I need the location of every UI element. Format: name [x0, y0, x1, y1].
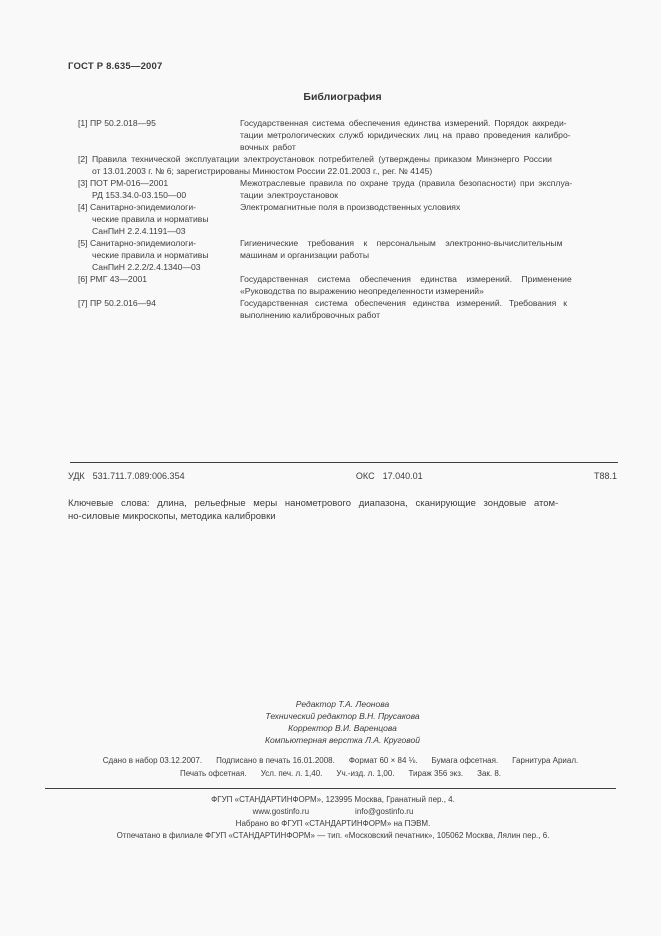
entry-description: Государственная система обеспечения един…	[240, 117, 617, 153]
staff-block: Редактор Т.А. Леонова Технический редакт…	[68, 698, 617, 746]
print-info-line2: Печать офсетная. Усл. печ. л. 1,40. Уч.-…	[40, 767, 641, 780]
entry-description: Государственная система обеспечения един…	[240, 297, 617, 321]
print-info-segment: Сдано в набор 03.12.2007.	[103, 754, 202, 767]
print-info-block: Сдано в набор 03.12.2007. Подписано в пе…	[40, 754, 641, 780]
bibliography-entry: [5] Санитарно-эпидемиологи- ческие прави…	[78, 237, 617, 273]
oks-group: ОКС 17.040.01	[356, 471, 423, 481]
bibliography-title: Библиография	[68, 91, 617, 103]
entry-ref: [6] РМГ 43—2001	[78, 273, 240, 285]
print-info-segment: Бумага офсетная.	[432, 754, 499, 767]
entry-ref: [4] Санитарно-эпидемиологи- ческие прави…	[78, 201, 240, 237]
printing-note: Отпечатано в филиале ФГУП «СТАНДАРТИНФОР…	[20, 830, 646, 842]
print-info-segment: Подписано в печать 16.01.2008.	[216, 754, 335, 767]
typesetting-note: Набрано во ФГУП «СТАНДАРТИНФОРМ» на ПЭВМ…	[20, 818, 646, 830]
print-info-segment: Уч.-изд. л. 1,00.	[336, 767, 394, 780]
oks-value: 17.040.01	[383, 471, 423, 481]
proofreader-line: Корректор В.И. Варенцова	[68, 722, 617, 734]
t-index: Т88.1	[594, 471, 617, 481]
editor-line: Редактор Т.А. Леонова	[68, 698, 617, 710]
udk-value: 531.711.7.089:006.354	[93, 471, 185, 481]
doc-code: ГОСТ Р 8.635—2007	[68, 61, 163, 72]
print-info-line1: Сдано в набор 03.12.2007. Подписано в пе…	[40, 754, 641, 767]
entry-ref: [1] ПР 50.2.018—95	[78, 117, 240, 129]
print-info-segment: Формат 60 × 84 ⅛.	[349, 754, 418, 767]
document-page: ГОСТ Р 8.635—2007 Библиография [1] ПР 50…	[0, 0, 661, 936]
entry-description: Гигиенические требования к персональным …	[240, 237, 617, 261]
bibliography-entry: [7] ПР 50.2.016—94 Государственная систе…	[78, 297, 617, 321]
layout-line: Компьютерная верстка Л.А. Круговой	[68, 734, 617, 746]
entry-description: Электромагнитные поля в производственных…	[240, 201, 617, 213]
bibliography-entry: [4] Санитарно-эпидемиологи- ческие прави…	[78, 201, 617, 237]
bibliography-entry: [3] ПОТ РМ-016—2001 РД 153.34.0-03.150—0…	[78, 177, 617, 201]
print-info-segment: Печать офсетная.	[180, 767, 247, 780]
print-info-segment: Зак. 8.	[477, 767, 501, 780]
publisher-contacts: www.gostinfo.ru info@gostinfo.ru	[20, 806, 646, 818]
entry-ref: [7] ПР 50.2.016—94	[78, 297, 240, 309]
print-info-segment: Тираж 356 экз.	[409, 767, 464, 780]
print-info-segment: Усл. печ. л. 1,40.	[261, 767, 323, 780]
bibliography-entry: [1] ПР 50.2.018—95 Государственная систе…	[78, 117, 617, 153]
entry-description: Межотраслевые правила по охране труда (п…	[240, 177, 617, 201]
tech-editor-line: Технический редактор В.Н. Прусакова	[68, 710, 617, 722]
entry-ref: [5] Санитарно-эпидемиологи- ческие прави…	[78, 237, 240, 273]
classification-separator-line	[70, 462, 618, 463]
bibliography-entry: [2] Правила технической эксплуатации эле…	[78, 153, 617, 177]
entry-ref: [3] ПОТ РМ-016—2001 РД 153.34.0-03.150—0…	[78, 177, 240, 201]
publisher-website: www.gostinfo.ru	[253, 806, 309, 818]
bibliography-entry: [6] РМГ 43—2001 Государственная система …	[78, 273, 617, 297]
bibliography-list: [1] ПР 50.2.018—95 Государственная систе…	[78, 117, 617, 321]
keywords: Ключевые слова: длина, рельефные меры на…	[68, 498, 619, 523]
udk-label: УДК	[68, 471, 85, 481]
print-info-segment: Гарнитура Ариал.	[512, 754, 578, 767]
publisher-email: info@gostinfo.ru	[355, 806, 413, 818]
publisher-separator-line	[45, 788, 616, 789]
entry-description: Государственная система обеспечения един…	[240, 273, 617, 297]
oks-label: ОКС	[356, 471, 375, 481]
publisher-block: ФГУП «СТАНДАРТИНФОРМ», 123995 Москва, Гр…	[20, 794, 646, 842]
publisher-address: ФГУП «СТАНДАРТИНФОРМ», 123995 Москва, Гр…	[20, 794, 646, 806]
udk-group: УДК 531.711.7.089:006.354	[68, 471, 185, 481]
classification-row: УДК 531.711.7.089:006.354 ОКС 17.040.01 …	[68, 471, 617, 481]
